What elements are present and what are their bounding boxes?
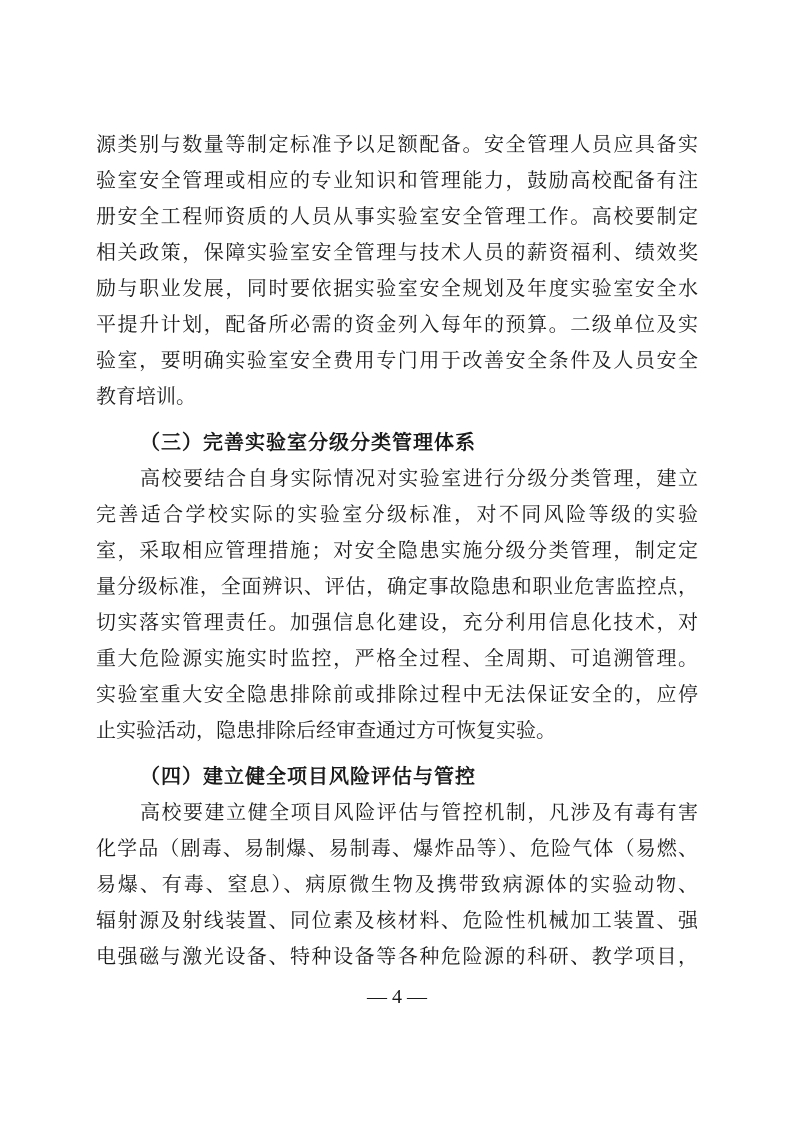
text-line: 励与职业发展，同时要依据实验室安全规划及年度实验室安全水 [96, 271, 698, 307]
page-number: — 4 — [0, 985, 794, 1009]
text-line: 验室，要明确实验室安全费用专门用于改善安全条件及人员安全 [96, 343, 698, 379]
text-line: 电强磁与激光设备、特种设备等各种危险源的科研、教学项目， [96, 939, 698, 975]
document-body: 源类别与数量等制定标准予以足额配备。安全管理人员应具备实验室安全管理或相应的专业… [96, 127, 698, 975]
text-line: 易爆、有毒、窒息）、病原微生物及携带致病源体的实验动物、 [96, 867, 698, 903]
text-line: 完善适合学校实际的实验室分级标准，对不同风险等级的实验 [96, 497, 698, 533]
text-line: 化学品（剧毒、易制爆、易制毒、爆炸品等）、危险气体（易燃、 [96, 831, 698, 867]
text-line: 册安全工程师资质的人员从事实验室安全管理工作。高校要制定 [96, 199, 698, 235]
text-line: 止实验活动，隐患排除后经审查通过方可恢复实验。 [96, 713, 698, 749]
text-line: 辐射源及射线装置、同位素及核材料、危险性机械加工装置、强 [96, 903, 698, 939]
text-line: 高校要建立健全项目风险评估与管控机制，凡涉及有毒有害 [96, 795, 698, 831]
text-line: 室，采取相应管理措施；对安全隐患实施分级分类管理，制定定 [96, 533, 698, 569]
section-heading: （三）完善实验室分级分类管理体系 [96, 425, 698, 461]
text-line: 切实落实管理责任。加强信息化建设，充分利用信息化技术，对 [96, 605, 698, 641]
text-line: 量分级标准，全面辨识、评估，确定事故隐患和职业危害监控点， [96, 569, 698, 605]
section-heading: （四）建立健全项目风险评估与管控 [96, 759, 698, 795]
text-line: 源类别与数量等制定标准予以足额配备。安全管理人员应具备实 [96, 127, 698, 163]
document-page: 源类别与数量等制定标准予以足额配备。安全管理人员应具备实验室安全管理或相应的专业… [0, 0, 794, 1123]
text-line: 平提升计划，配备所必需的资金列入每年的预算。二级单位及实 [96, 307, 698, 343]
text-line: 高校要结合自身实际情况对实验室进行分级分类管理，建立 [96, 461, 698, 497]
text-line: 相关政策，保障实验室安全管理与技术人员的薪资福利、绩效奖 [96, 235, 698, 271]
text-line: 教育培训。 [96, 379, 698, 415]
text-line: 验室安全管理或相应的专业知识和管理能力，鼓励高校配备有注 [96, 163, 698, 199]
text-line: 重大危险源实施实时监控，严格全过程、全周期、可追溯管理。 [96, 641, 698, 677]
text-line: 实验室重大安全隐患排除前或排除过程中无法保证安全的，应停 [96, 677, 698, 713]
